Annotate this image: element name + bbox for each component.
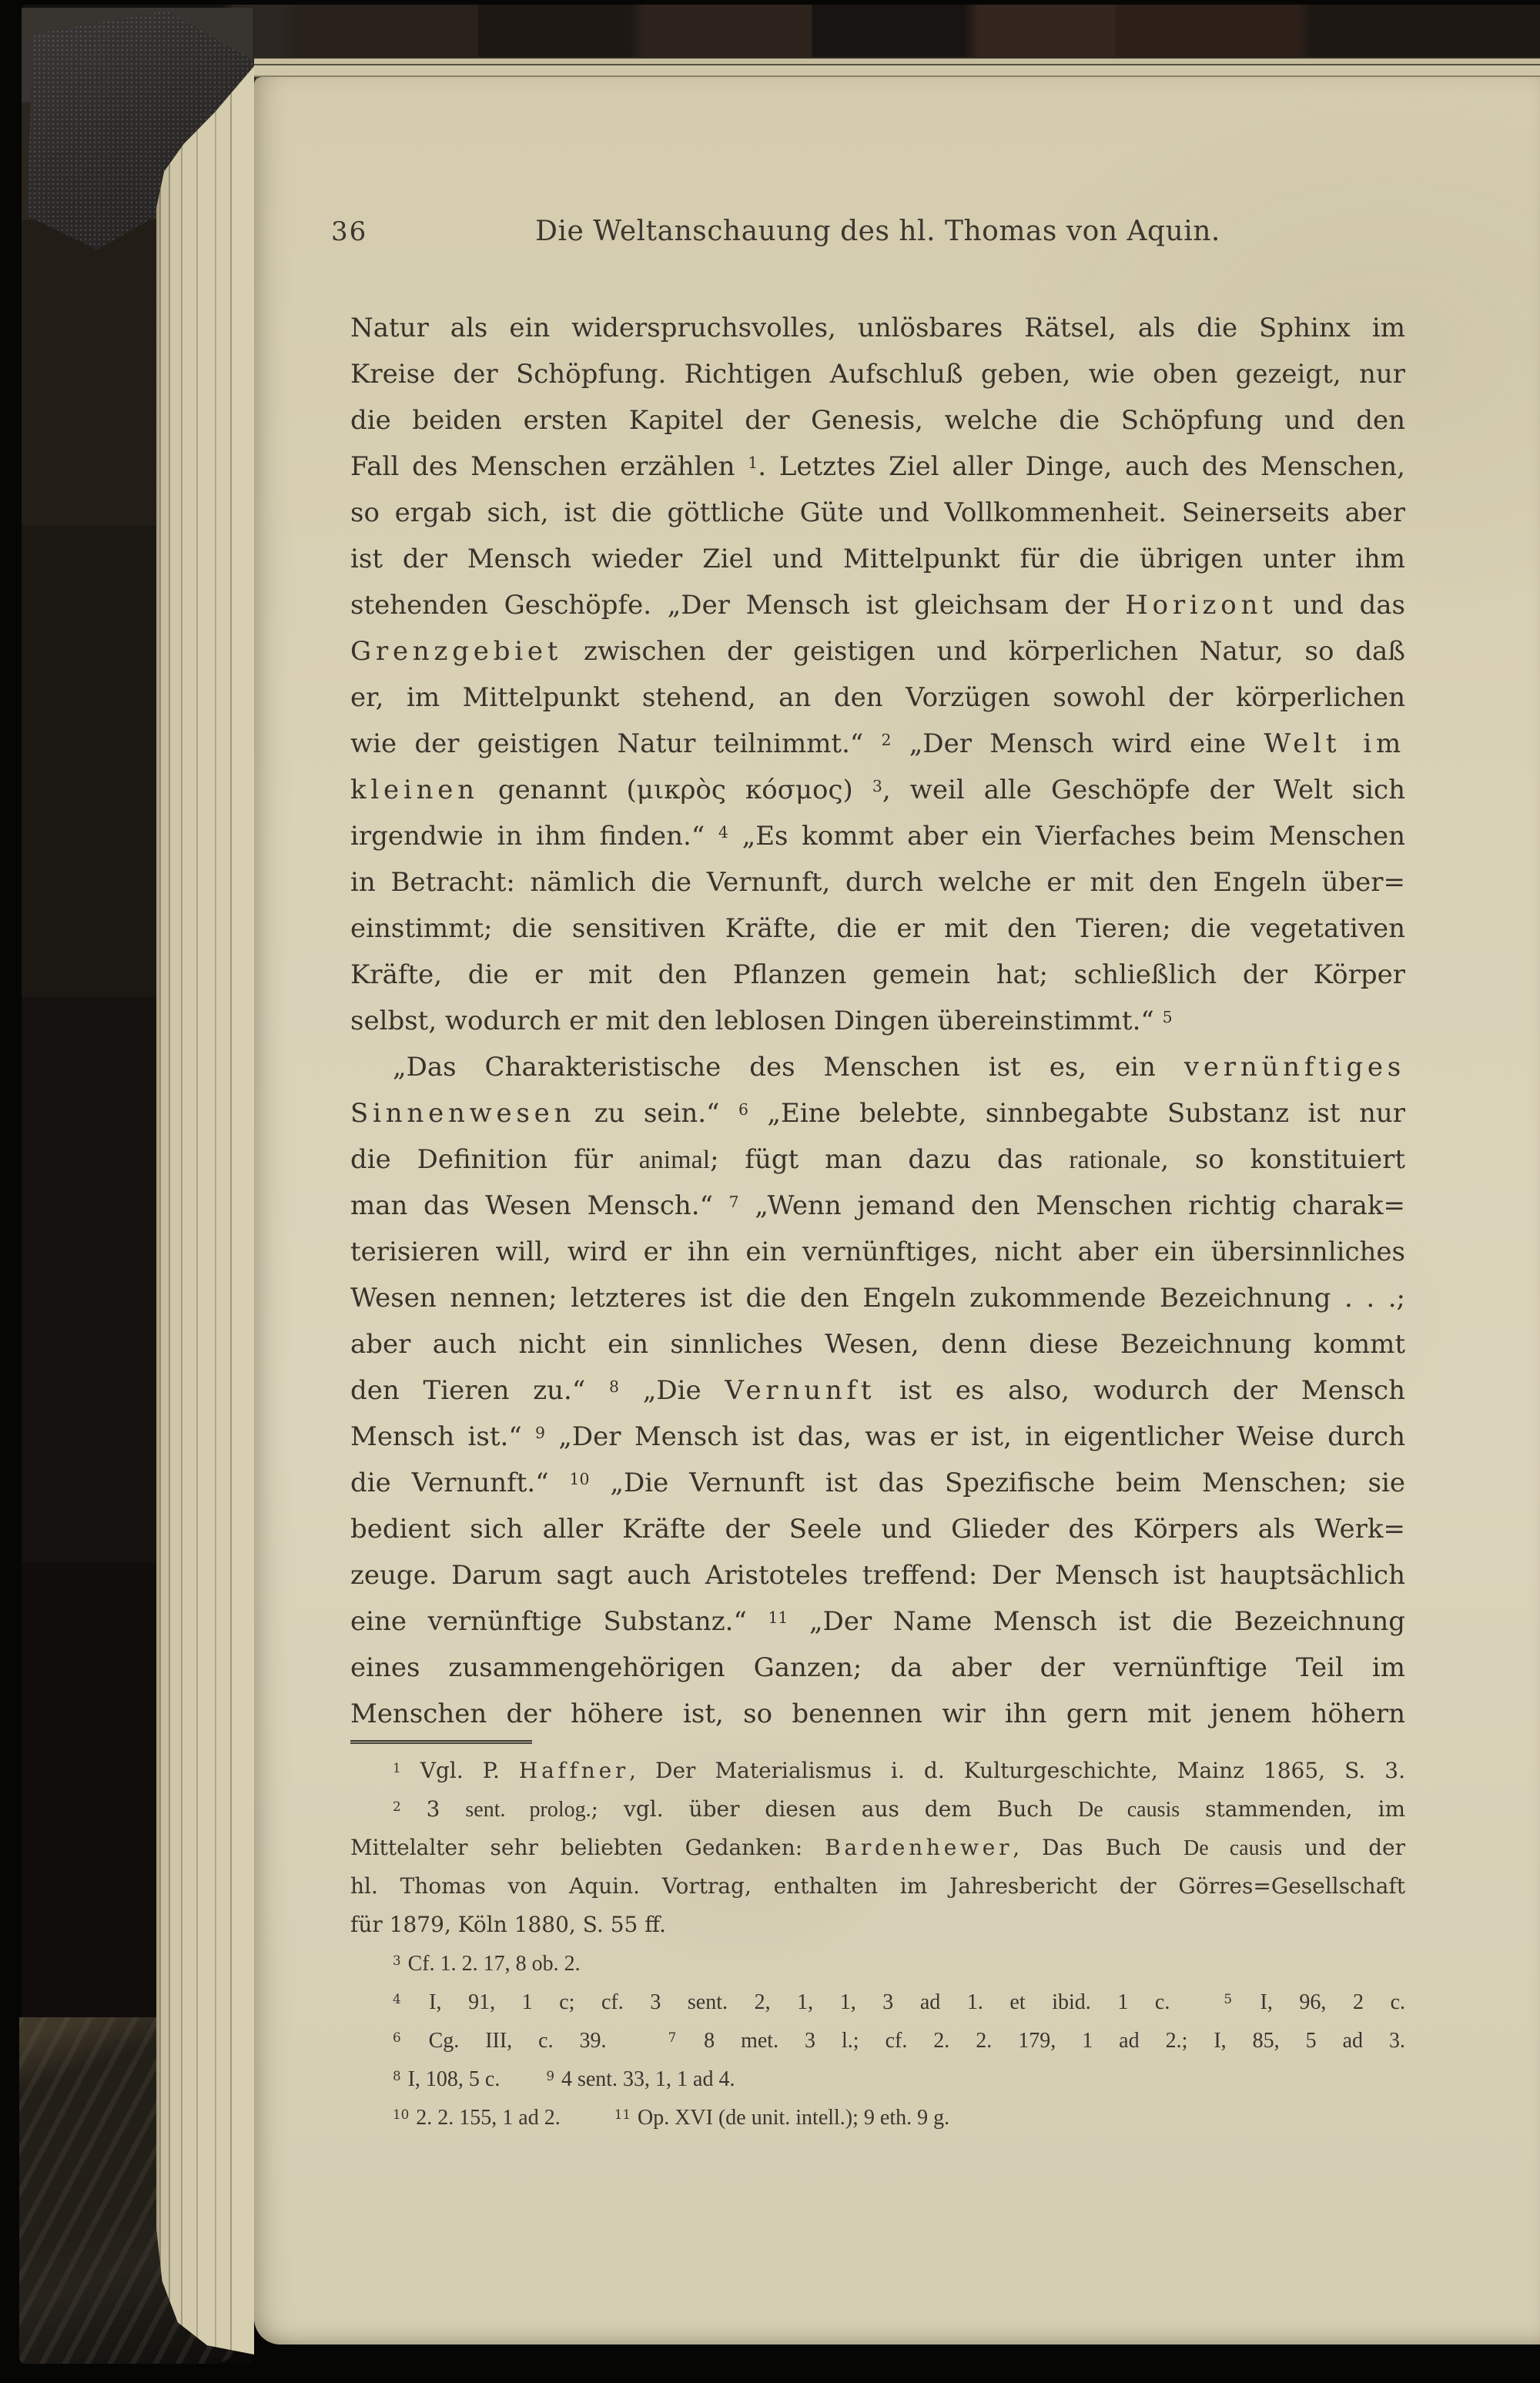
text-line: 1 Vgl. P. Haffner, Der Materialismus i. … — [350, 1752, 1405, 1790]
latin-text: rationale — [1069, 1146, 1160, 1174]
footnote-marker: 3 — [393, 1953, 401, 1968]
text-line: Menschen der höhere ist, so benennen wir… — [350, 1691, 1405, 1737]
text-line: 2 3 sent. prolog.; vgl. über diesen aus … — [350, 1790, 1405, 1829]
text-line: Kräfte, die er mit den Pflanzen gemein h… — [350, 952, 1405, 998]
text-line: Mittelalter sehr beliebten Gedanken: Bar… — [350, 1829, 1405, 1867]
footnote-marker: 9 — [546, 2068, 554, 2083]
text-line: für 1879, Köln 1880, S. 55 ff. — [350, 1906, 1405, 1944]
footnote-marker: 10 — [393, 2107, 409, 2122]
running-header: Die Weltanschauung des hl. Thomas von Aq… — [350, 214, 1405, 249]
letterspaced-text: Horizont — [1125, 590, 1277, 621]
text-line: zeuge. Darum sagt auch Aristoteles treff… — [350, 1552, 1405, 1598]
text-line: die beiden ersten Kapitel der Genesis, w… — [350, 397, 1405, 443]
footnote-marker: 6 — [393, 2030, 401, 2045]
photo-backdrop: { "colors": { "paper": "#d8cfb2", "ink":… — [0, 0, 1540, 2383]
text-line: ist der Mensch wieder Ziel und Mittelpun… — [350, 536, 1405, 582]
text-line: 6 Cg. III, c. 39.7 8 met. 3 l.; cf. 2. 2… — [350, 2021, 1405, 2060]
text-line: Grenzgebiet zwischen der geistigen und k… — [350, 628, 1405, 674]
letterspaced-text: kleinen — [350, 775, 479, 805]
latin-text: I, 108, 5 c. — [408, 2067, 500, 2091]
text-line: „Das Charakteristische des Menschen ist … — [350, 1044, 1405, 1090]
paragraph: „Das Charakteristische des Menschen ist … — [350, 1044, 1405, 1737]
footnote-marker: 7 — [668, 2030, 677, 2045]
footnote-column-gap — [1170, 2008, 1224, 2009]
letterspaced-text: vernünftiges — [1184, 1052, 1405, 1083]
text-line: den Tieren zu.“ 8 „Die Vernunft ist es a… — [350, 1367, 1405, 1414]
text-line: einstimmt; die sensitiven Kräfte, die er… — [350, 905, 1405, 952]
text-line: 4 I, 91, 1 c; cf. 3 sent. 2, 1, 1, 3 ad … — [350, 1983, 1405, 2021]
text-line: eines zusammengehörigen Ganzen; da aber … — [350, 1645, 1405, 1691]
footnote-marker: 8 — [393, 2068, 401, 2083]
latin-text: 4 sent. 33, 1, 1 ad 4. — [561, 2067, 735, 2091]
text-line: aber auch nicht ein sinnliches Wesen, de… — [350, 1321, 1405, 1367]
footnote-marker: 2 — [393, 1799, 401, 1814]
letterspaced-text: Welt im — [1264, 728, 1405, 759]
latin-text: De causis — [1078, 1798, 1180, 1822]
footnote-marker: 9 — [535, 1424, 545, 1442]
text-line: in Betracht: nämlich die Vernunft, durch… — [350, 859, 1405, 905]
text-line: Natur als ein widerspruchsvolles, unlösb… — [350, 305, 1405, 351]
text-line: hl. Thomas von Aquin. Vortrag, enthalten… — [350, 1867, 1405, 1906]
footnotes: 1 Vgl. P. Haffner, Der Materialismus i. … — [350, 1752, 1405, 2137]
latin-text: 2. 2. 155, 1 ad 2. — [416, 2106, 560, 2130]
text-line: stehenden Geschöpfe. „Der Mensch ist gle… — [350, 582, 1405, 628]
footnote-separator — [350, 1740, 532, 1744]
latin-text: Cf. 1. 2. 17, 8 ob. 2. — [408, 1952, 581, 1976]
text-line: selbst, wodurch er mit den leblosen Ding… — [350, 998, 1405, 1044]
footnote-marker: 1 — [393, 1760, 401, 1776]
text-line: terisieren will, wird er ihn ein vernünf… — [350, 1229, 1405, 1275]
footnote-marker: 7 — [729, 1193, 739, 1211]
text-line: Fall des Menschen erzählen 1. Letztes Zi… — [350, 443, 1405, 490]
page-edge-top — [254, 57, 1540, 77]
letterspaced-text: Sinnenwesen — [350, 1098, 575, 1129]
text-line: die Vernunft.“ 10 „Die Vernunft ist das … — [350, 1460, 1405, 1506]
text-line: Sinnenwesen zu sein.“ 6 „Eine belebte, s… — [350, 1090, 1405, 1136]
latin-text: I, 91, 1 c; cf. 3 sent. 2, 1, 1, 3 ad 1.… — [429, 1990, 1170, 2014]
footnote-marker: 8 — [609, 1377, 619, 1396]
footnote-marker: 2 — [882, 731, 892, 749]
text-line: bedient sich aller Kräfte der Seele und … — [350, 1506, 1405, 1552]
text-line: eine vernünftige Substanz.“ 11 „Der Name… — [350, 1598, 1405, 1645]
footnote-marker: 1 — [748, 454, 758, 472]
footnote-column-gap — [500, 2085, 546, 2086]
greek-text: μικρὸς κόσμος — [637, 775, 843, 805]
latin-text: animal — [639, 1146, 711, 1174]
letterspaced-text: Grenzgebiet — [350, 636, 562, 667]
text-line: die Definition für animal; fügt man dazu… — [350, 1136, 1405, 1183]
text-line: man das Wesen Mensch.“ 7 „Wenn jemand de… — [350, 1183, 1405, 1229]
paragraph: Natur als ein widerspruchsvolles, unlösb… — [350, 305, 1405, 1044]
letterspaced-text: Bardenhewer — [825, 1835, 1013, 1860]
footnote-column-gap — [561, 2124, 614, 2124]
text-line: 3 Cf. 1. 2. 17, 8 ob. 2. — [350, 1944, 1405, 1983]
book-page: 36 Die Weltanschauung des hl. Thomas von… — [254, 77, 1540, 2345]
footnote-marker: 6 — [738, 1100, 748, 1119]
letterspaced-text: Haffner — [519, 1758, 629, 1783]
footnote-marker: 11 — [768, 1608, 788, 1627]
text-line: er, im Mittelpunkt stehend, an den Vorzü… — [350, 674, 1405, 721]
body-text: Natur als ein widerspruchsvolles, unlösb… — [350, 305, 1405, 1737]
text-line: Kreise der Schöpfung. Richtigen Aufschlu… — [350, 351, 1405, 397]
letterspaced-text: Vernunft — [725, 1375, 875, 1406]
footnote-marker: 5 — [1163, 1008, 1173, 1026]
footnote-column-gap — [607, 2047, 668, 2047]
text-line: wie der geistigen Natur teilnimmt.“ 2 „D… — [350, 721, 1405, 767]
text-line: kleinen genannt (μικρὸς κόσμος) 3, weil … — [350, 767, 1405, 813]
footnote-marker: 11 — [614, 2107, 631, 2122]
text-line: 8 I, 108, 5 c.9 4 sent. 33, 1, 1 ad 4. — [350, 2060, 1405, 2098]
latin-text: Cg. III, c. 39. — [429, 2029, 607, 2053]
latin-text: De causis — [1183, 1836, 1282, 1860]
footnote-marker: 3 — [872, 777, 882, 795]
text-line: so ergab sich, ist die göttliche Güte un… — [350, 490, 1405, 536]
latin-text: 8 met. 3 l.; cf. 2. 2. 179, 1 ad 2.; I, … — [704, 2029, 1405, 2053]
text-line: Mensch ist.“ 9 „Der Mensch ist das, was … — [350, 1414, 1405, 1460]
latin-text: Op. XVI (de unit. intell.); 9 eth. 9 g. — [638, 2106, 949, 2130]
footnote-marker: 5 — [1224, 1991, 1232, 2006]
text-line: irgendwie in ihm finden.“ 4 „Es kommt ab… — [350, 813, 1405, 859]
page-edges-stack — [156, 66, 254, 2355]
latin-text: sent. prolog. — [465, 1798, 591, 1822]
footnote-marker: 10 — [570, 1470, 590, 1488]
footnote-marker: 4 — [718, 823, 728, 842]
text-line: Wesen nennen; letzteres ist die den Enge… — [350, 1275, 1405, 1321]
latin-text: I, 96, 2 c. — [1260, 1990, 1405, 2014]
book-photo: 36 Die Weltanschauung des hl. Thomas von… — [0, 0, 1540, 2383]
text-line: 10 2. 2. 155, 1 ad 2.11 Op. XVI (de unit… — [350, 2098, 1405, 2137]
footnote-marker: 4 — [393, 1991, 401, 2006]
